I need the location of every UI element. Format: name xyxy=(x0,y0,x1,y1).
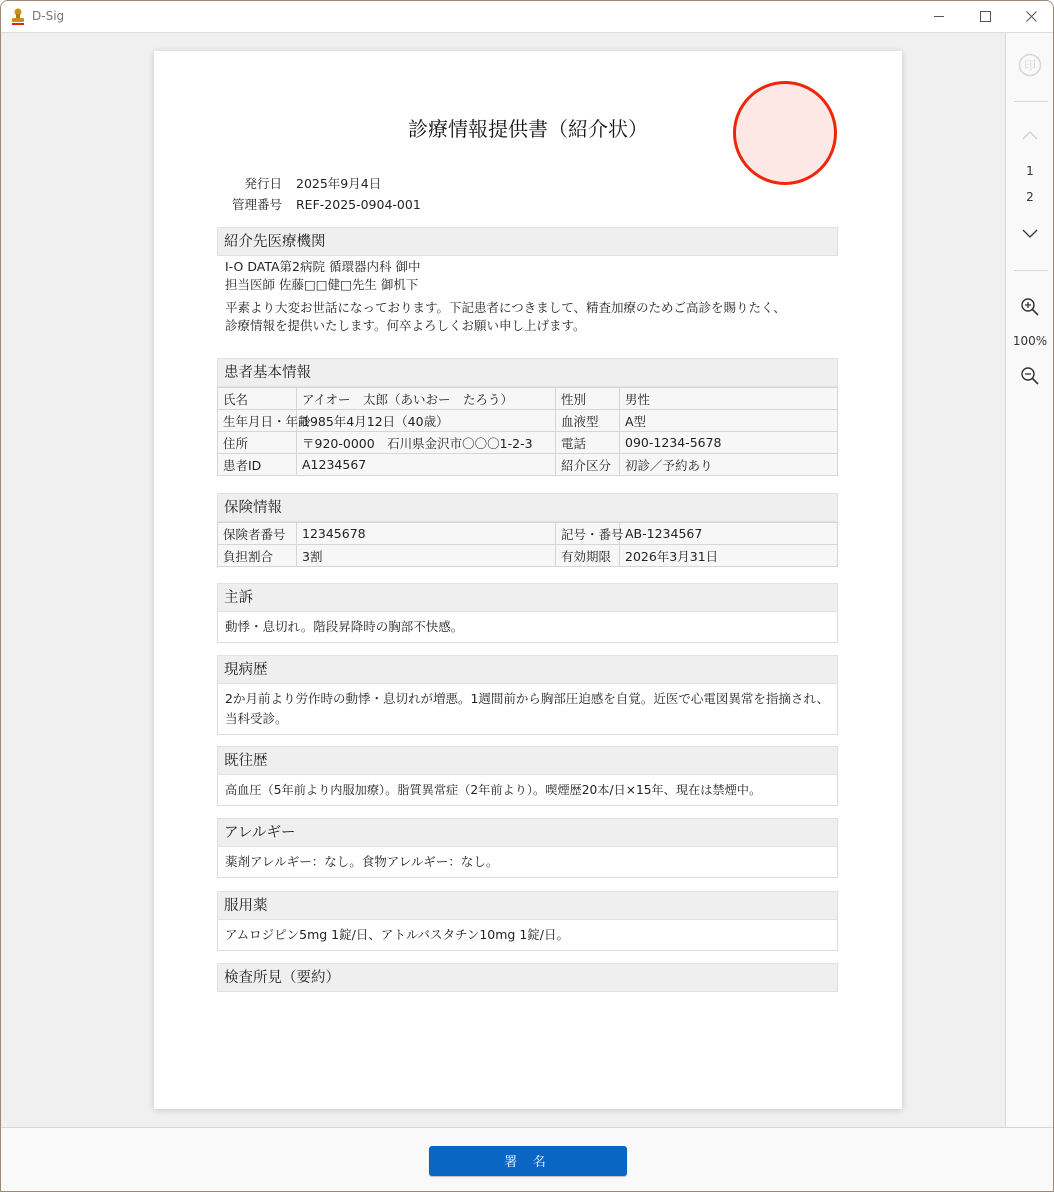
allergy-heading: アレルギー xyxy=(217,818,838,847)
referral-doctor: 担当医師 佐藤□□健□先生 御机下 xyxy=(217,276,838,294)
present-illness-text: 2か月前より労作時の動悸・息切れが増悪。1週間前から胸部圧迫感を自覚。近医で心電… xyxy=(217,684,838,735)
table-row: 住所〒920-0000 石川県金沢市〇〇〇1-2-3電話090-1234-567… xyxy=(218,432,838,454)
zoom-in-icon xyxy=(1020,297,1040,317)
field-value: AB-1234567 xyxy=(620,523,838,545)
field-value: 男性 xyxy=(620,388,838,410)
control-number-row: 管理番号REF-2025-0904-001 xyxy=(218,195,421,213)
allergy-text: 薬剤アレルギー：なし。食物アレルギー：なし。 xyxy=(217,847,838,878)
sign-button[interactable]: 署 名 xyxy=(429,1146,627,1176)
field-label: 有効期限 xyxy=(556,545,620,567)
past-history-text: 高血圧（5年前より内服加療）。脂質異常症（2年前より）。喫煙歴20本/日×15年… xyxy=(217,775,838,806)
insurance-section: 保険情報 保険者番号12345678記号・番号AB-1234567負担割合3割有… xyxy=(217,493,838,567)
chief-complaint-heading: 主訴 xyxy=(217,583,838,612)
field-label: 生年月日・年齢 xyxy=(218,410,297,432)
exam-findings-section: 検査所見（要約） xyxy=(217,963,838,992)
field-label: 電話 xyxy=(556,432,620,454)
toolbar-divider xyxy=(1014,270,1048,271)
table-row: 氏名アイオー 太郎（あいおー たろう）性別男性 xyxy=(218,388,838,410)
greeting-line-1: 平素より大変お世話になっております。下記患者につきまして、精査加療のためご高診を… xyxy=(217,299,838,317)
allergy-section: アレルギー 薬剤アレルギー：なし。食物アレルギー：なし。 xyxy=(217,818,838,878)
field-value: 初診／予約あり xyxy=(620,454,838,476)
minimize-icon xyxy=(934,16,944,17)
maximize-button[interactable] xyxy=(962,1,1008,32)
page-down-button[interactable] xyxy=(1006,228,1054,242)
close-icon xyxy=(1026,11,1037,22)
bottom-bar: 署 名 xyxy=(1,1127,1053,1192)
field-label: 患者ID xyxy=(218,454,297,476)
table-row: 負担割合3割有効期限2026年3月31日 xyxy=(218,545,838,567)
zoom-in-button[interactable] xyxy=(1006,297,1054,320)
insurance-table: 保険者番号12345678記号・番号AB-1234567負担割合3割有効期限20… xyxy=(217,522,838,567)
control-number-label: 管理番号 xyxy=(218,195,282,213)
field-label: 住所 xyxy=(218,432,297,454)
window-title: D-Sig xyxy=(32,9,64,23)
zoom-out-button[interactable] xyxy=(1006,366,1054,389)
minimize-button[interactable] xyxy=(916,1,962,32)
field-label: 氏名 xyxy=(218,388,297,410)
field-value: 12345678 xyxy=(297,523,556,545)
issue-date-label: 発行日 xyxy=(218,174,282,192)
table-row: 保険者番号12345678記号・番号AB-1234567 xyxy=(218,523,838,545)
field-label: 紹介区分 xyxy=(556,454,620,476)
seal-icon: 印 xyxy=(1018,53,1042,77)
field-label: 性別 xyxy=(556,388,620,410)
field-label: 記号・番号 xyxy=(556,523,620,545)
medication-heading: 服用薬 xyxy=(217,891,838,920)
present-illness-section: 現病歴 2か月前より労作時の動悸・息切れが増悪。1週間前から胸部圧迫感を自覚。近… xyxy=(217,655,838,735)
field-label: 血液型 xyxy=(556,410,620,432)
patient-heading: 患者基本情報 xyxy=(217,358,838,387)
field-label: 保険者番号 xyxy=(218,523,297,545)
right-toolbar: 印 1 2 100% xyxy=(1005,33,1054,1127)
chevron-up-icon xyxy=(1022,130,1038,140)
field-value: 〒920-0000 石川県金沢市〇〇〇1-2-3 xyxy=(297,432,556,454)
referral-hospital: I-O DATA第2病院 循環器内科 御中 xyxy=(217,258,838,276)
past-history-section: 既往歴 高血圧（5年前より内服加療）。脂質異常症（2年前より）。喫煙歴20本/日… xyxy=(217,746,838,806)
chief-complaint-section: 主訴 動悸・息切れ。階段昇降時の胸部不快感。 xyxy=(217,583,838,643)
app-window: D-Sig 診療情報提供書（紹介状） 発行日2025年9月4日 管理番号REF-… xyxy=(0,0,1054,1192)
page-up-button[interactable] xyxy=(1006,129,1054,143)
field-value: 1985年4月12日（40歳） xyxy=(297,410,556,432)
exam-findings-heading: 検査所見（要約） xyxy=(217,963,838,992)
maximize-icon xyxy=(980,11,991,22)
field-value: A型 xyxy=(620,410,838,432)
past-history-heading: 既往歴 xyxy=(217,746,838,775)
field-value: 090-1234-5678 xyxy=(620,432,838,454)
table-row: 患者IDA1234567紹介区分初診／予約あり xyxy=(218,454,838,476)
toolbar-divider xyxy=(1014,101,1048,102)
zoom-out-icon xyxy=(1020,366,1040,386)
control-number-value: REF-2025-0904-001 xyxy=(296,197,421,212)
chevron-down-icon xyxy=(1022,229,1038,239)
referral-heading: 紹介先医療機関 xyxy=(217,227,838,256)
field-value: 2026年3月31日 xyxy=(620,545,838,567)
issue-date-row: 発行日2025年9月4日 xyxy=(218,174,381,192)
chief-complaint-text: 動悸・息切れ。階段昇降時の胸部不快感。 xyxy=(217,612,838,643)
patient-section: 患者基本情報 氏名アイオー 太郎（あいおー たろう）性別男性生年月日・年齢198… xyxy=(217,358,838,476)
zoom-level: 100% xyxy=(1006,334,1054,348)
page-2-button[interactable]: 2 xyxy=(1006,190,1054,204)
stamp-app-icon xyxy=(11,8,25,25)
field-value: A1234567 xyxy=(297,454,556,476)
document-viewer[interactable]: 診療情報提供書（紹介状） 発行日2025年9月4日 管理番号REF-2025-0… xyxy=(1,33,1005,1127)
issue-date-value: 2025年9月4日 xyxy=(296,176,381,191)
field-value: 3割 xyxy=(297,545,556,567)
field-label: 負担割合 xyxy=(218,545,297,567)
title-bar: D-Sig xyxy=(1,1,1053,33)
close-button[interactable] xyxy=(1008,1,1054,32)
table-row: 生年月日・年齢1985年4月12日（40歳）血液型A型 xyxy=(218,410,838,432)
svg-text:印: 印 xyxy=(1024,59,1036,73)
page-1-button[interactable]: 1 xyxy=(1006,164,1054,178)
patient-table: 氏名アイオー 太郎（あいおー たろう）性別男性生年月日・年齢1985年4月12日… xyxy=(217,387,838,476)
document-page: 診療情報提供書（紹介状） 発行日2025年9月4日 管理番号REF-2025-0… xyxy=(154,51,902,1109)
field-value: アイオー 太郎（あいおー たろう） xyxy=(297,388,556,410)
document-title: 診療情報提供書（紹介状） xyxy=(154,113,902,142)
seal-button[interactable]: 印 xyxy=(1006,53,1054,80)
medication-section: 服用薬 アムロジピン5mg 1錠/日、アトルバスタチン10mg 1錠/日。 xyxy=(217,891,838,951)
greeting-line-2: 診療情報を提供いたします。何卒よろしくお願い申し上げます。 xyxy=(217,317,838,335)
present-illness-heading: 現病歴 xyxy=(217,655,838,684)
medication-text: アムロジピン5mg 1錠/日、アトルバスタチン10mg 1錠/日。 xyxy=(217,920,838,951)
referral-section: 紹介先医療機関 I-O DATA第2病院 循環器内科 御中 担当医師 佐藤□□健… xyxy=(217,227,838,335)
insurance-heading: 保険情報 xyxy=(217,493,838,522)
